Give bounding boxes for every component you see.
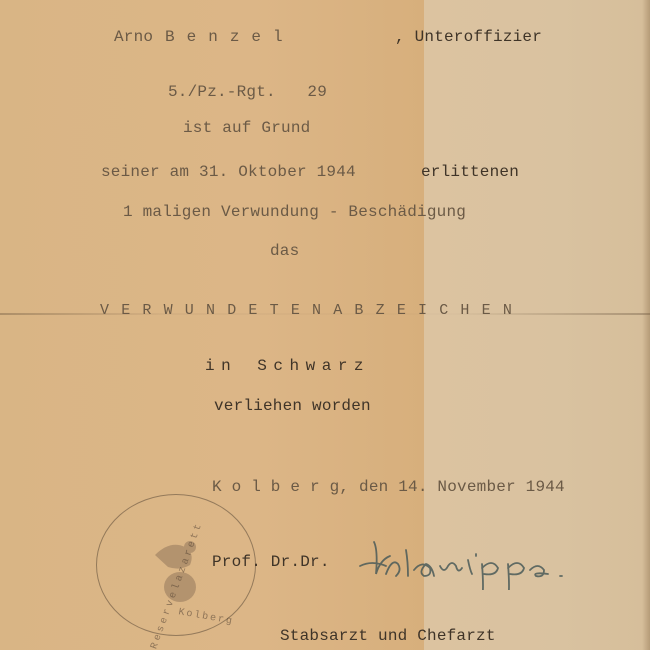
- text-line-verliehen-worden: verliehen worden: [214, 397, 371, 415]
- recipient-name: Arno B e n z e l: [114, 28, 283, 46]
- text-line-erlittenen: erlittenen: [421, 163, 519, 181]
- award-grade: in Schwarz: [205, 357, 370, 375]
- unit-line: 5./Pz.-Rgt. 29: [168, 83, 327, 101]
- text-line-das: das: [270, 242, 299, 260]
- text-line-wound-count: 1 maligen Verwundung - Beschädigung: [123, 203, 466, 221]
- paper-right-edge: [642, 0, 650, 650]
- handwritten-signature: [352, 530, 582, 590]
- place-and-date: K o l b e r g, den 14. November 1944: [212, 478, 565, 496]
- recipient-rank: , Unteroffizier: [395, 28, 542, 46]
- text-line-ist-auf-grund: ist auf Grund: [183, 119, 310, 137]
- text-line-date-of-wound: seiner am 31. Oktober 1944: [101, 163, 356, 181]
- award-name: VERWUNDETENABZEICHEN: [100, 302, 524, 319]
- signatory-title: Prof. Dr.Dr.: [212, 553, 330, 571]
- signatory-position: Stabsarzt und Chefarzt: [280, 627, 496, 645]
